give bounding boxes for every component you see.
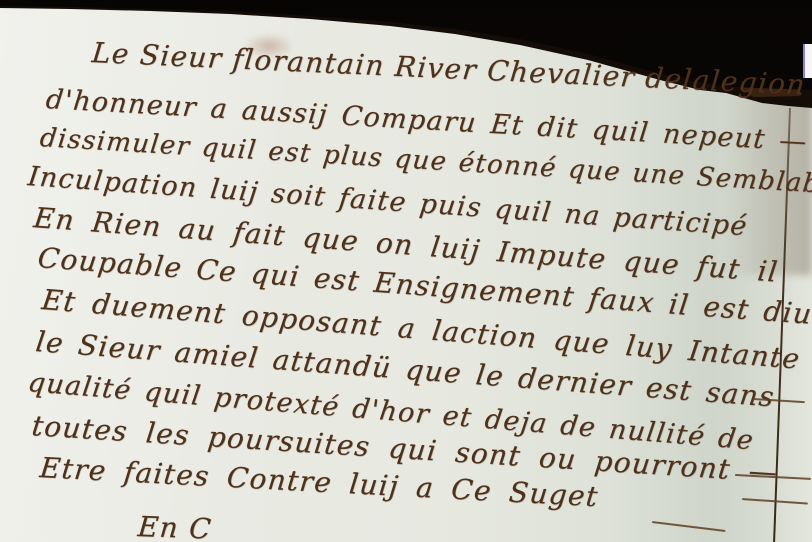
manuscript-photo: Le Sieur florantain River Chevalier dela… xyxy=(0,0,812,542)
manuscript-line-12: En C xyxy=(137,510,214,542)
